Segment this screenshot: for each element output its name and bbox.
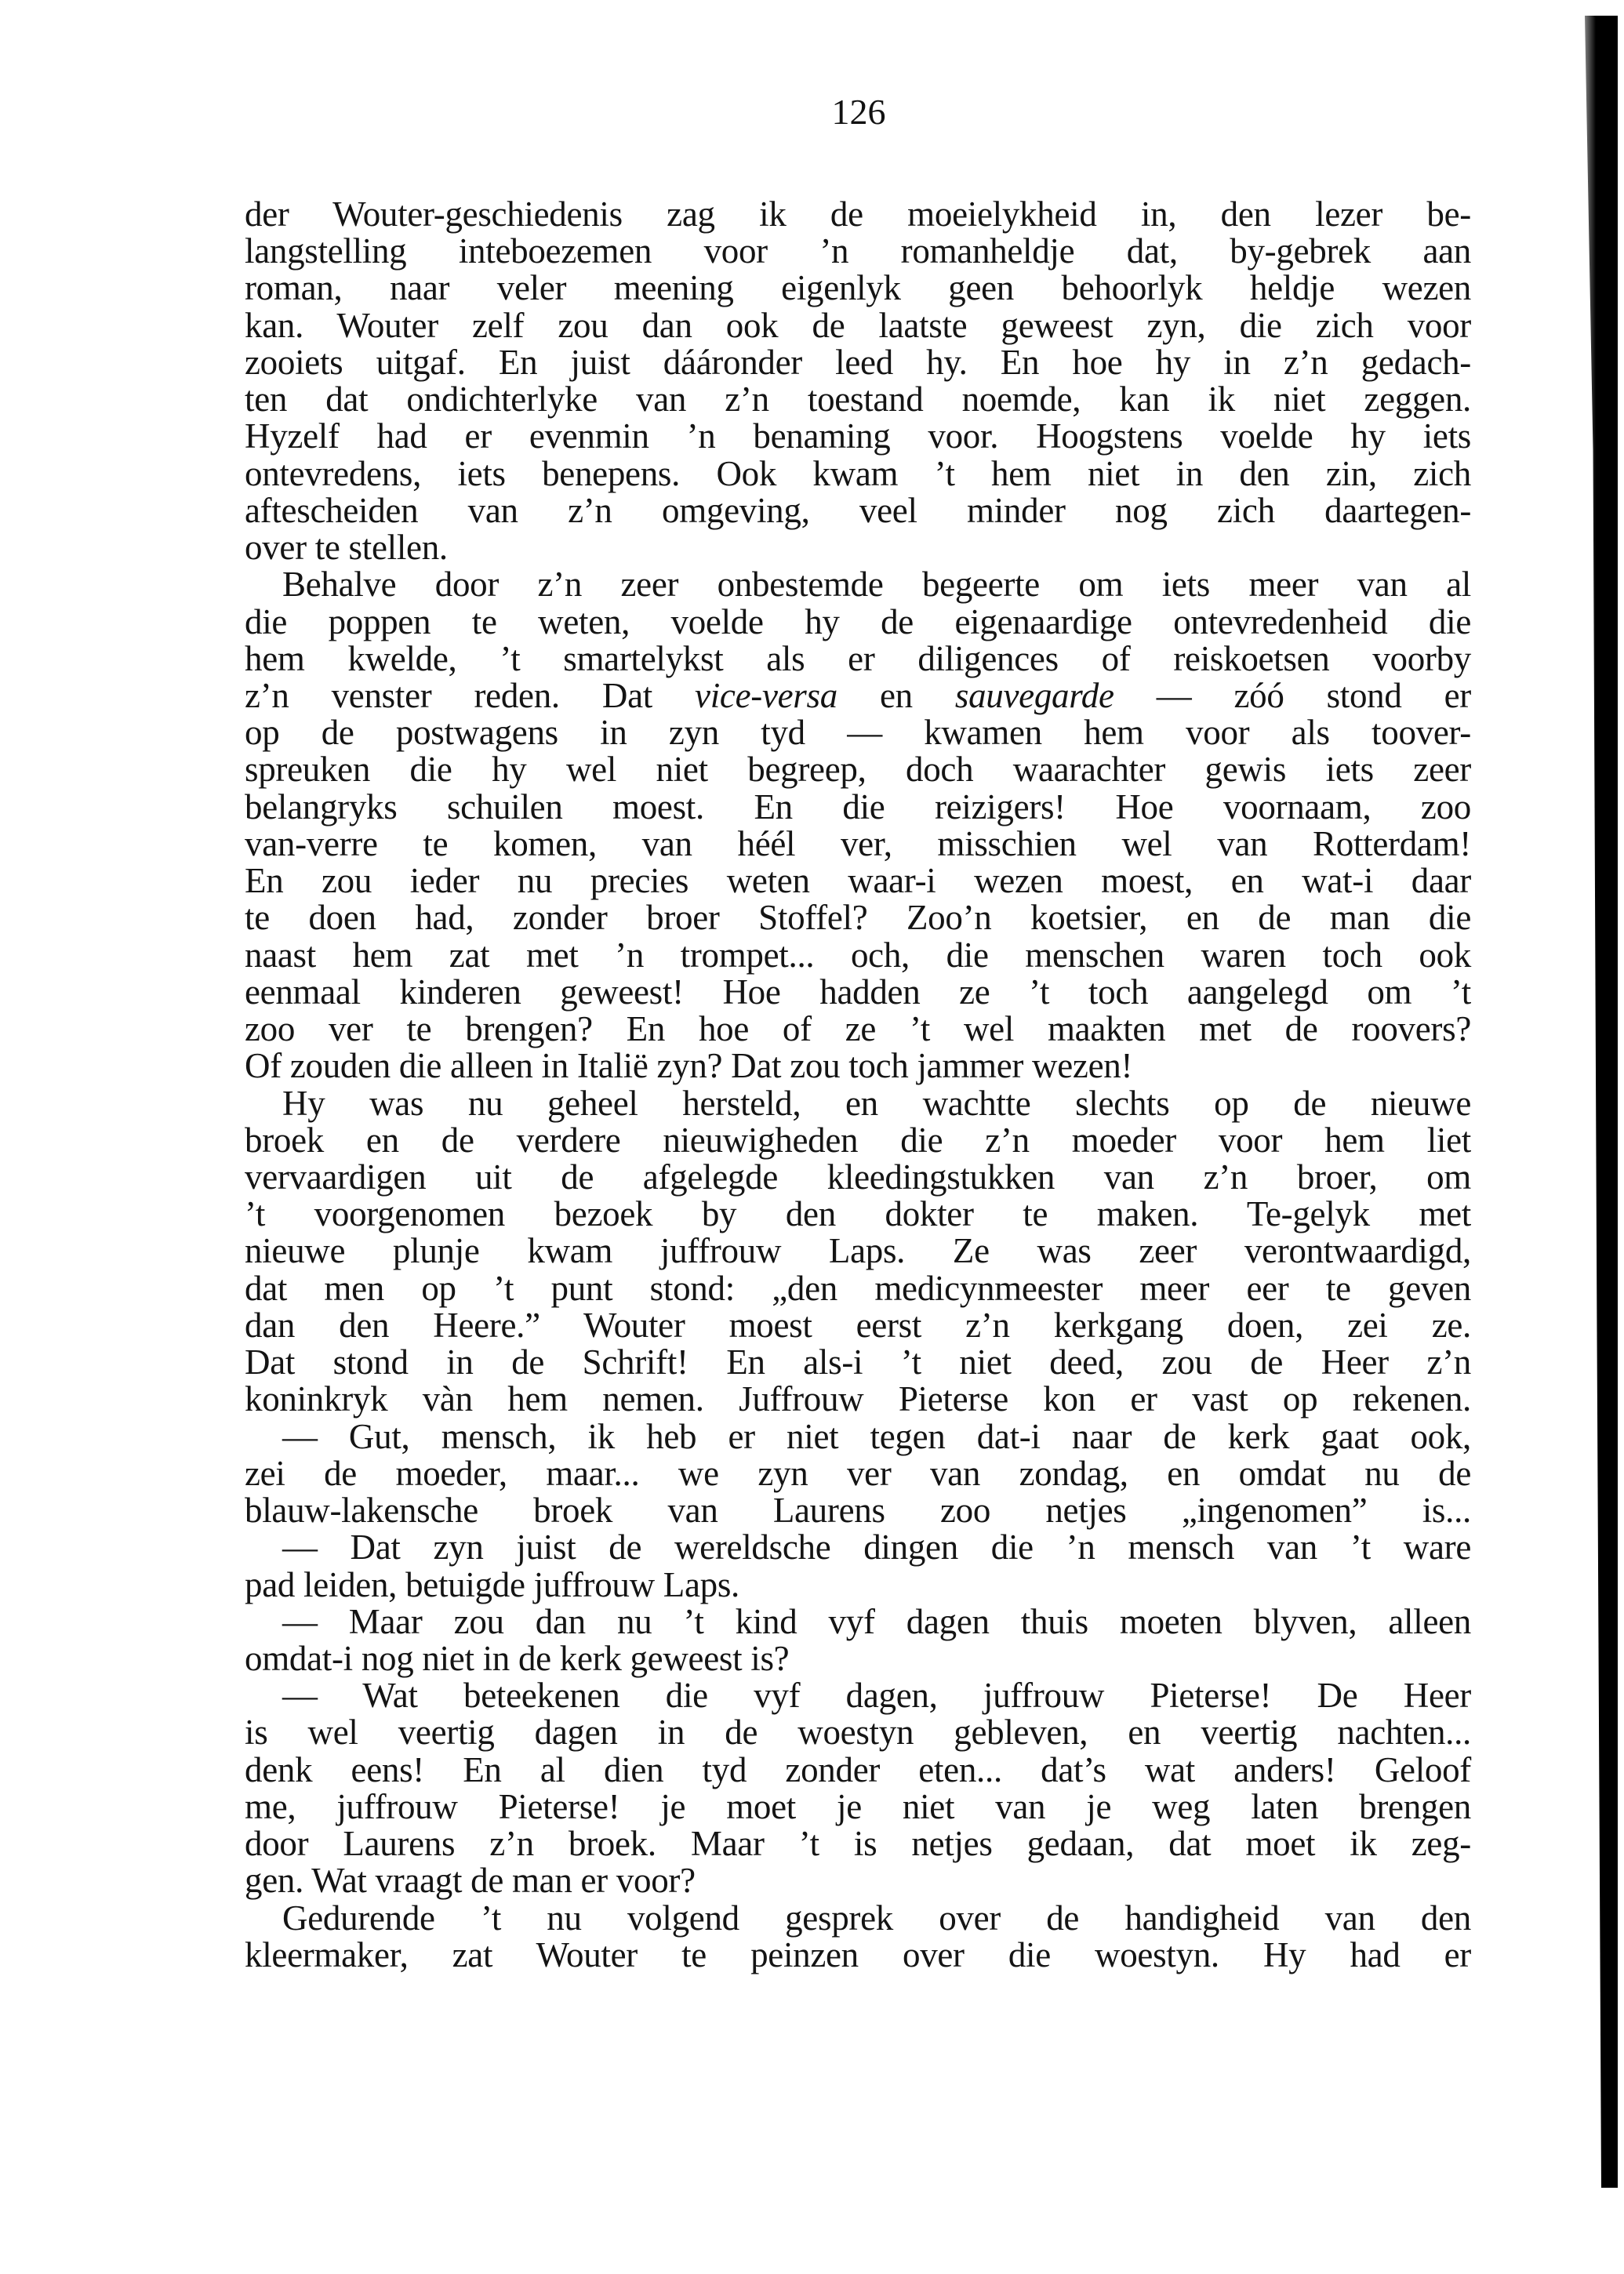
text-line: broek en de verdere nieuwigheden die z’n… [245, 1121, 1471, 1159]
text-line: — Gut, mensch, ik heb er niet tegen dat-… [245, 1418, 1471, 1455]
text-line: op de postwagens in zyn tyd — kwamen hem… [245, 714, 1471, 751]
text-line: te doen had, zonder broer Stoffel? Zoo’n… [245, 899, 1471, 936]
text-line: van-verre te komen, van héél ver, missch… [245, 825, 1471, 863]
page-number: 126 [816, 93, 902, 132]
text-line: kleermaker, zat Wouter te peinzen over d… [245, 1936, 1471, 1974]
text-line: — Maar zou dan nu ’t kind vyf dagen thui… [245, 1603, 1471, 1640]
italic-text-segment: vice-versa [695, 676, 837, 715]
text-segment: — zóó stond er [1114, 676, 1471, 715]
text-line: — Dat zyn juist de wereldsche dingen die… [245, 1528, 1471, 1566]
italic-text-segment: sauvegarde [955, 676, 1114, 715]
text-line: ten dat ondichterlyke van z’n toestand n… [245, 380, 1471, 418]
text-line: ’t voorgenomen bezoek by den dokter te m… [245, 1195, 1471, 1233]
text-line: Hy was nu geheel hersteld, en wachtte sl… [245, 1084, 1471, 1122]
text-line: zoo ver te brengen? En hoe of ze ’t wel … [245, 1010, 1471, 1048]
text-line: nieuwe plunje kwam juffrouw Laps. Ze was… [245, 1232, 1471, 1270]
text-line: zei de moeder, maar... we zyn ver van zo… [245, 1455, 1471, 1492]
text-line: belangryks schuilen moest. En die reizig… [245, 788, 1471, 826]
text-line: Hyzelf had er evenmin ’n benaming voor. … [245, 417, 1471, 455]
text-line: z’n venster reden. Dat vice-versa en sau… [245, 677, 1471, 714]
text-segment: z’n venster reden. Dat [245, 676, 695, 715]
text-line: vervaardigen uit de afgelegde kleedingst… [245, 1158, 1471, 1196]
text-line: denk eens! En al dien tyd zonder eten...… [245, 1751, 1471, 1789]
text-line: die poppen te weten, voelde hy de eigena… [245, 603, 1471, 641]
text-line: over te stellen. [245, 529, 1471, 566]
text-line: spreuken die hy wel niet begreep, doch w… [245, 750, 1471, 788]
text-segment: en [837, 676, 955, 715]
text-line: dat men op ’t punt stond: „den medicynme… [245, 1270, 1471, 1307]
text-line: Of zouden die alleen in Italië zyn? Dat … [245, 1047, 1471, 1084]
text-line: Gedurende ’t nu volgend gesprek over de … [245, 1899, 1471, 1937]
text-line: naast hem zat met ’n trompet... och, die… [245, 936, 1471, 974]
text-line: blauw-lakensche broek van Laurens zoo ne… [245, 1491, 1471, 1529]
text-line: zooiets uitgaf. En juist dááronder leed … [245, 343, 1471, 381]
text-line: dan den Heere.” Wouter moest eerst z’n k… [245, 1306, 1471, 1344]
page-binding-edge [1563, 16, 1618, 2188]
text-line: koninkryk vàn hem nemen. Juffrouw Pieter… [245, 1380, 1471, 1418]
text-line: pad leiden, betuigde juffrouw Laps. [245, 1566, 1471, 1604]
text-line: aftescheiden van z’n omgeving, veel mind… [245, 492, 1471, 529]
text-line: eenmaal kinderen geweest! Hoe hadden ze … [245, 973, 1471, 1011]
book-page: 126 der Wouter-geschiedenis zag ik de mo… [0, 0, 1624, 2274]
text-line: — Wat beteekenen die vyf dagen, juffrouw… [245, 1676, 1471, 1714]
text-line: Behalve door z’n zeer onbestemde begeert… [245, 565, 1471, 603]
text-line: ontevredens, iets benepens. Ook kwam ’t … [245, 455, 1471, 492]
text-line: Dat stond in de Schrift! En als-i ’t nie… [245, 1343, 1471, 1381]
text-line: omdat-i nog niet in de kerk geweest is? [245, 1640, 1471, 1677]
text-line: kan. Wouter zelf zou dan ook de laatste … [245, 307, 1471, 344]
text-line: gen. Wat vraagt de man er voor? [245, 1862, 1471, 1899]
text-line: langstelling inteboezemen voor ’n romanh… [245, 232, 1471, 270]
text-line: door Laurens z’n broek. Maar ’t is netje… [245, 1825, 1471, 1862]
text-line: hem kwelde, ’t smartelykst als er dilige… [245, 640, 1471, 677]
text-line: der Wouter-geschiedenis zag ik de moeiel… [245, 195, 1471, 233]
text-line: me, juffrouw Pieterse! je moet je niet v… [245, 1788, 1471, 1825]
text-line: is wel veertig dagen in de woestyn geble… [245, 1713, 1471, 1751]
text-line: roman, naar veler meening eigenlyk geen … [245, 269, 1471, 307]
text-line: En zou ieder nu precies weten waar-i wez… [245, 862, 1471, 899]
